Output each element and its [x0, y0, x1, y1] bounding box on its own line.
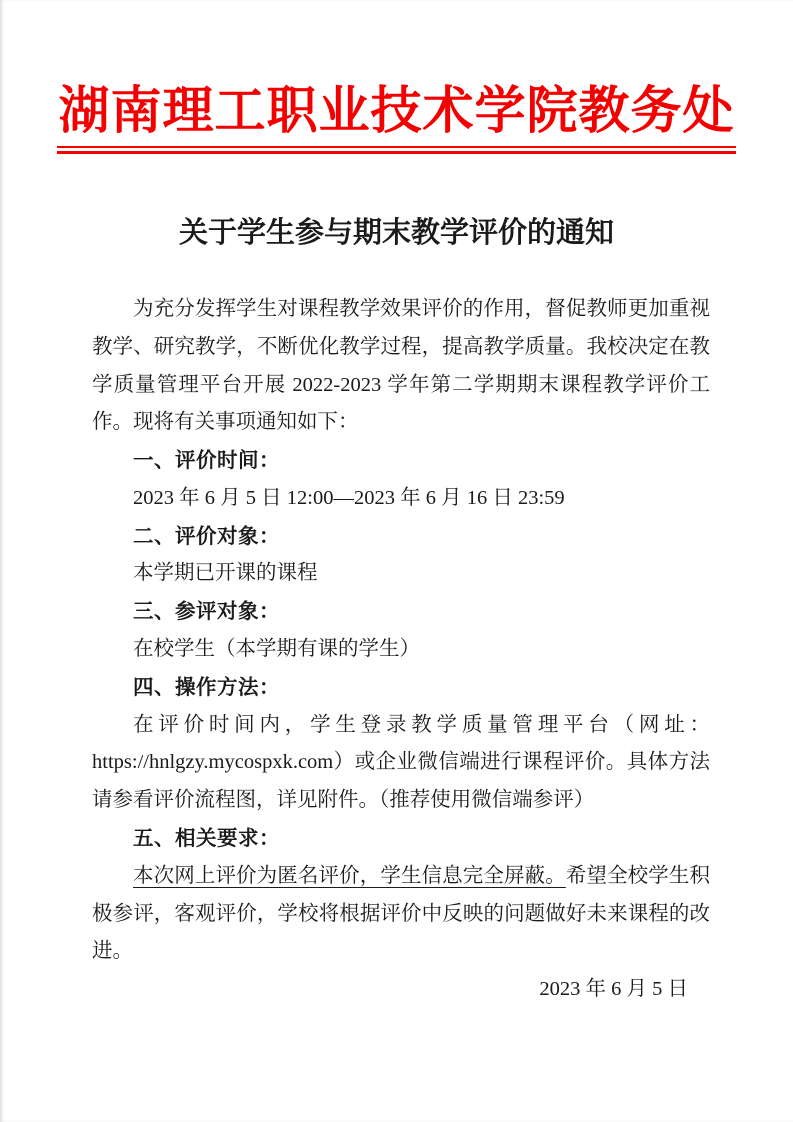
letterhead-department-name: 湖南理工职业技术学院教务处	[57, 84, 736, 141]
notice-document-page: 湖南理工职业技术学院教务处 关于学生参与期末教学评价的通知 为充分发挥学生对课程…	[0, 0, 793, 1122]
section-4-body: 在评价时间内，学生登录教学质量管理平台（网址：https://hnlgzy.my…	[92, 707, 710, 820]
section-1-heading: 一、评价时间：	[92, 442, 710, 480]
section-5-heading: 五、相关要求：	[92, 820, 710, 858]
section-2-body: 本学期已开课的课程	[92, 555, 710, 593]
letterhead: 湖南理工职业技术学院教务处	[0, 0, 793, 154]
section-3-body: 在校学生（本学期有课的学生）	[92, 631, 710, 669]
section-4-heading: 四、操作方法：	[92, 669, 710, 707]
signature-date: 2023 年 6 月 5 日	[92, 971, 710, 1009]
section-3-heading: 三、参评对象：	[92, 593, 710, 631]
document-body: 为充分发挥学生对课程教学效果评价的作用，督促教师更加重视教学、研究教学，不断优化…	[92, 291, 710, 1009]
section-1-body: 2023 年 6 月 5 日 12:00—2023 年 6 月 16 日 23:…	[92, 480, 710, 518]
section-2-heading: 二、评价对象：	[92, 518, 710, 556]
intro-paragraph: 为充分发挥学生对课程教学效果评价的作用，督促教师更加重视教学、研究教学，不断优化…	[92, 291, 710, 442]
document-title: 关于学生参与期末教学评价的通知	[0, 216, 793, 251]
section-5-body: 本次网上评价为匿名评价，学生信息完全屏蔽。希望全校学生积极参评，客观评价，学校将…	[92, 858, 710, 971]
section-5-body-underlined: 本次网上评价为匿名评价，学生信息完全屏蔽。	[133, 865, 566, 887]
letterhead-double-rule	[57, 146, 736, 154]
